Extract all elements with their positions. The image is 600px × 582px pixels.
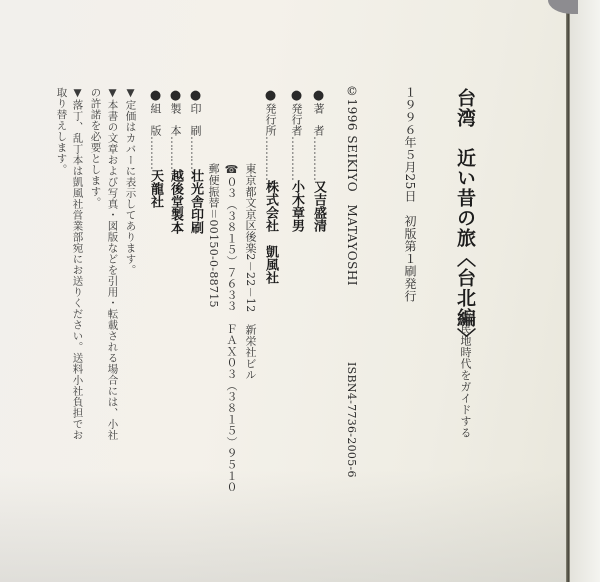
- credit-author: ●著 者…………又吉盛清: [312, 88, 325, 232]
- bullet-icon: ●: [263, 88, 278, 103]
- credit-label: 製 本: [169, 103, 182, 136]
- credit-publishing-house: ●発行所…………株式会社 凱風社: [264, 88, 277, 284]
- bullet-icon: ●: [168, 88, 183, 103]
- credit-publisher-person: ●発行者…………小木章男: [290, 88, 303, 232]
- credit-binding: ●製 本………越後堂製本: [169, 88, 182, 234]
- note-defective-copies-cont: 取り替えします。: [56, 87, 67, 175]
- publication-date: １９９６年５月25日 初版第１刷発行: [404, 86, 416, 302]
- bullet-icon: ●: [188, 88, 203, 103]
- leader-dots: ………: [148, 136, 162, 169]
- leader-dots: ………: [168, 136, 182, 169]
- credit-value: 壮光舎印刷: [188, 169, 203, 234]
- publisher-address: 東京都文京区後楽2－22－12 新栄社ビル: [245, 163, 256, 380]
- credit-label: 発行所: [264, 103, 277, 136]
- page-shadow: [0, 470, 568, 582]
- credit-value: 又吉盛清: [311, 180, 326, 232]
- credit-value: 株式会社 凱風社: [263, 180, 278, 284]
- credit-value: 天龍社: [148, 169, 163, 208]
- credit-value: 越後堂製本: [168, 169, 183, 234]
- publisher-phone-fax: ☎０３（３８１５）７６３３ ＦＡＸ０３（３８１５）９５１０: [226, 163, 237, 493]
- note-defective-copies: ▼落丁、乱丁本は凱風社営業部宛にお送りください。送料小社負担でお: [72, 87, 83, 441]
- bullet-icon: ●: [148, 88, 163, 103]
- postal-transfer-account: 郵便振替＝00150-0-88715: [208, 163, 219, 308]
- bullet-icon: ●: [311, 88, 326, 103]
- leader-dots: …………: [289, 136, 303, 180]
- book-subtitle: 植民地時代をガイドする: [460, 312, 471, 439]
- book-title: 台湾 近い昔の旅〈台北編〉: [455, 88, 474, 348]
- credit-label: 印 刷: [189, 103, 202, 136]
- isbn: ISBN4-7736-2005-6: [346, 362, 357, 478]
- leader-dots: …………: [311, 136, 325, 180]
- credit-label: 発行者: [290, 103, 303, 136]
- credit-printing: ●印 刷………壮光舎印刷: [189, 88, 202, 234]
- note-copyright-permission: ▼本書の文章および写真・図版などを引用・転載される場合には、小社: [107, 87, 118, 441]
- leader-dots: ………: [188, 136, 202, 169]
- leader-dots: …………: [263, 136, 277, 180]
- note-price: ▼定価はカバーに表示してあります。: [125, 87, 136, 276]
- copyright-notice: ©1996 SEIKIYO MATAYOSHI: [346, 84, 358, 286]
- credit-label: 著 者: [312, 103, 325, 136]
- credit-value: 小木章男: [289, 180, 304, 232]
- bullet-icon: ●: [289, 88, 304, 103]
- adjacent-page-strip: [570, 0, 600, 582]
- credit-typesetting: ●組 版………天龍社: [149, 88, 162, 208]
- credit-label: 組 版: [149, 103, 162, 136]
- note-copyright-permission-cont: の許諾を必要とします。: [90, 87, 101, 208]
